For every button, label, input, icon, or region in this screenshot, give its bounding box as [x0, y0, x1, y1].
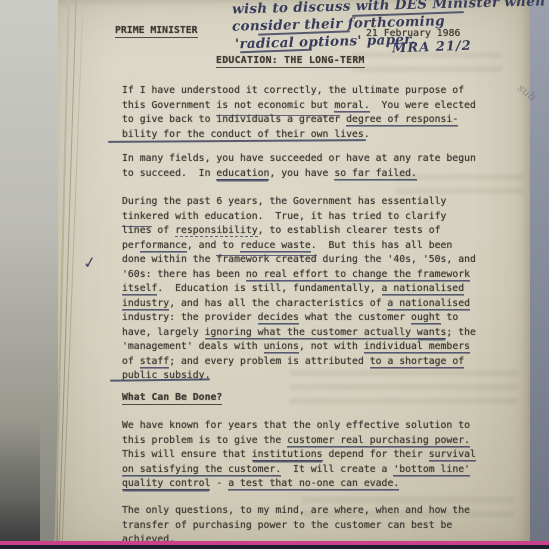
typed-line: quality control - a test that no-one can…: [122, 477, 476, 492]
typed-text: this Government is not economic but: [122, 100, 334, 111]
pen-underlined-text: formance: [140, 240, 187, 251]
typed-line: on satisfying the customer. It will crea…: [122, 463, 476, 478]
pen-underlined-text: wants: [417, 327, 447, 338]
typed-text: transfer of purchasing power to the cust…: [122, 520, 452, 531]
typed-text: bility for the conduct of their own live…: [122, 129, 370, 140]
typed-line: During the past 6 years, the Government …: [122, 195, 476, 210]
typed-line: itself. Education is still, fundamentall…: [122, 282, 476, 297]
typed-text: ; the: [446, 327, 476, 338]
typed-text: industry: the provider: [122, 312, 258, 323]
page-stack-shadow: [0, 420, 40, 549]
typed-text: In many fields, you have succeeded or ha…: [122, 153, 476, 164]
photo-of-memo: PRIME MINISTER 21 February 1986 EDUCATIO…: [0, 0, 549, 549]
typed-line: industry, and has all the characteristic…: [122, 297, 476, 312]
typed-text: to: [441, 312, 459, 323]
pen-underlined-text: ignoring what the customer actually: [205, 327, 417, 338]
paragraph-4: We have known for years that the only ef…: [122, 419, 476, 492]
typed-line: transfer of purchasing power to the cust…: [122, 519, 470, 534]
pen-underlined-text: survival: [429, 449, 476, 460]
pen-underlined-text: itself: [122, 283, 157, 294]
typed-text: , not with: [299, 341, 364, 352]
pen-underlined-text: institutions: [252, 449, 323, 460]
typed-text: . Education is still, fundamentally,: [157, 283, 381, 294]
paragraph-1: If I have understood it correctly, the u…: [122, 84, 476, 142]
typed-text: what the customer: [299, 312, 411, 323]
pen-underlined-text: customer real purchasing power.: [287, 435, 470, 446]
typed-line: to succeed. In education, you have so fa…: [122, 167, 476, 182]
pen-underlined-text: ought: [411, 312, 441, 323]
pen-underlined-text: a nationalised: [382, 283, 465, 294]
paragraph-2: In many fields, you have succeeded or ha…: [122, 152, 476, 181]
pen-underlined-text: quality control: [122, 478, 210, 489]
typed-line: this Government is not economic but mora…: [122, 99, 476, 114]
typed-line: to give back to individuals a greater de…: [122, 113, 476, 128]
pen-underlined-text: lines: [122, 225, 152, 236]
typed-line: of staff; and every problem is attribute…: [122, 355, 476, 370]
handwritten-initials: MRA 21/2: [392, 39, 472, 57]
typed-text: during the '40s, '50s, and: [317, 254, 476, 265]
typed-text: We have known for years that the only ef…: [122, 420, 470, 431]
pen-underlined-text: to a shortage of: [370, 356, 464, 367]
typed-line: have, largely ignoring what the customer…: [122, 326, 476, 341]
photo-border-dark: [0, 545, 549, 549]
typed-line: We have known for years that the only ef…: [122, 419, 476, 434]
pen-underlined-text: unions: [264, 341, 299, 352]
typed-line: This will ensure that institutions depen…: [122, 448, 476, 463]
typed-text: to succeed. In: [122, 168, 216, 179]
typed-line: The only questions, to my mind, are wher…: [122, 504, 470, 519]
typed-text: -: [210, 478, 228, 489]
pen-underlined-text: a nationalised: [387, 298, 470, 309]
typed-text: to give back to: [122, 114, 216, 125]
section-heading: What Can Be Done?: [122, 391, 222, 406]
typed-text: of: [152, 225, 176, 236]
pen-underlined-text: a test that no-one can evade.: [228, 478, 399, 489]
recipient-line: PRIME MINISTER: [115, 24, 198, 39]
pen-underlined-text: framework created: [216, 254, 316, 265]
pen-underlined-text: no real effort to change the framework: [246, 269, 470, 280]
typed-text: During the past 6 years, the Government …: [122, 196, 446, 207]
typed-text: . But this has all been: [311, 240, 453, 251]
typed-text: If I have understood it correctly, the u…: [122, 85, 464, 96]
typed-text: depend for their: [323, 449, 429, 460]
pen-underlined-text: individuals a greater: [216, 114, 340, 125]
pen-underlined-text: responsibility: [175, 225, 258, 237]
typed-text: , and has all the characteristics of: [169, 298, 387, 309]
typed-text: ; and every problem is attributed: [169, 356, 370, 367]
memo-title-text: EDUCATION: THE LONG-TERM: [216, 55, 365, 68]
typed-text: of: [122, 356, 140, 367]
pen-underlined-text: reduce waste: [240, 240, 311, 251]
typed-line: this problem is to give the customer rea…: [122, 434, 476, 449]
margin-tick-mark: ✓: [82, 252, 98, 273]
pen-underlined-text: so far failed.: [334, 168, 417, 179]
typed-text: this problem is to give the: [122, 435, 287, 446]
typed-text: '60s: there has been: [122, 269, 246, 280]
typed-line: If I have understood it correctly, the u…: [122, 84, 476, 99]
typed-text: This will ensure that: [122, 449, 252, 460]
typed-line: '60s: there has been no real effort to c…: [122, 268, 476, 283]
typed-line: industry: the provider decides what the …: [122, 311, 476, 326]
typed-line: done within the framework created during…: [122, 253, 476, 268]
pen-underlined-text: education: [216, 168, 269, 179]
typed-line: 'management' deals with unions, not with…: [122, 340, 476, 355]
typed-text: , to establish clearer tests of: [258, 225, 441, 236]
paragraph-3: During the past 6 years, the Government …: [122, 195, 476, 384]
typed-text: , you have: [269, 168, 334, 179]
typed-line: In many fields, you have succeeded or ha…: [122, 152, 476, 167]
typed-text: tinkered with education. True, it has tr…: [122, 211, 446, 222]
pen-underlined-text: on satisfying the customer.: [122, 464, 281, 475]
typed-text: done within the: [122, 254, 216, 265]
section-heading-text: What Can Be Done?: [122, 392, 222, 405]
typed-text: 'management' deals with: [122, 341, 264, 352]
typed-text: The only questions, to my mind, are wher…: [122, 505, 470, 516]
memo-title: EDUCATION: THE LONG-TERM: [216, 54, 365, 69]
typed-text: , and to: [187, 240, 240, 251]
pen-underlined-text: moral.: [334, 100, 369, 111]
show-through-text: [352, 52, 502, 78]
pen-underlined-text: 'bottom line': [393, 464, 470, 475]
typed-line: lines of responsibility, to establish cl…: [122, 224, 476, 239]
typed-text: You were elected: [370, 100, 476, 111]
typed-line: public subsidy.: [122, 369, 476, 384]
pen-underlined-text: decides: [258, 312, 299, 323]
pen-underlined-text: individual members: [364, 341, 470, 352]
pen-underlined-text: industry: [122, 298, 169, 309]
desk-background-right: [530, 0, 549, 549]
typed-text: per: [122, 240, 140, 251]
typed-text: have, largely: [122, 327, 205, 338]
typed-line: performance, and to reduce waste. But th…: [122, 239, 476, 254]
recipient-text: PRIME MINISTER: [115, 25, 198, 38]
pen-underlined-text: staff: [140, 356, 170, 367]
typed-text: It will create a: [281, 464, 393, 475]
pen-underlined-text: degree of responsi-: [346, 114, 458, 125]
typed-line: tinkered with education. True, it has tr…: [122, 210, 476, 225]
